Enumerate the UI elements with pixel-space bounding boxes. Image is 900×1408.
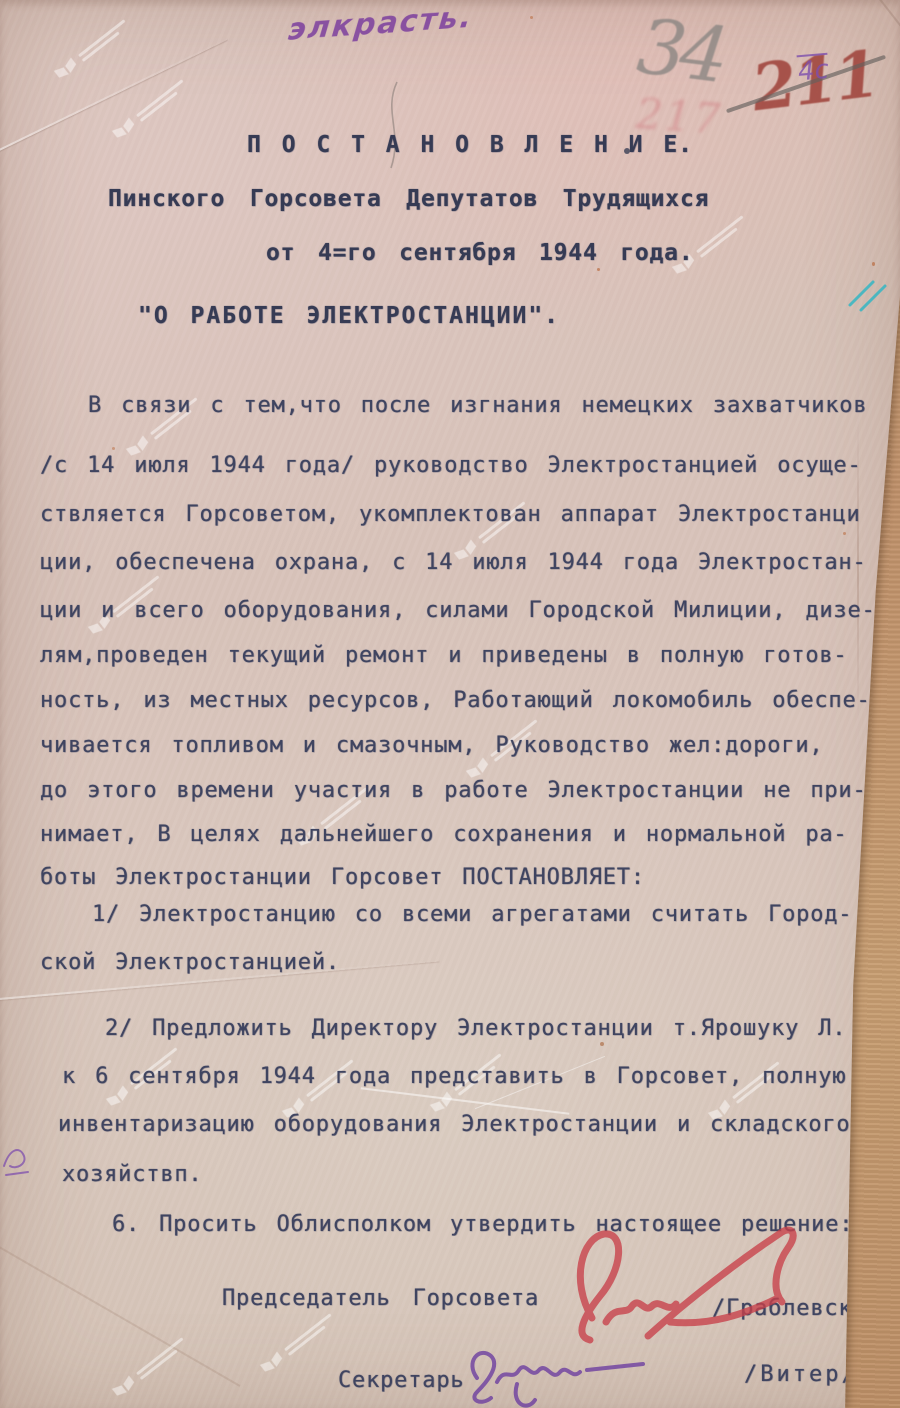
secretary-name: /Витер/ xyxy=(744,1362,858,1387)
rust-speck xyxy=(112,447,115,450)
secretary-signature xyxy=(455,1322,670,1408)
archive-watermark xyxy=(256,1309,337,1378)
document-date: от 4=го сентября 1944 года. xyxy=(266,240,693,266)
resolution-item-2-line: хозяйствп. xyxy=(62,1162,202,1187)
document-page: элкрасть. 34 217 211 4с П О С Т А Н О В … xyxy=(0,0,900,1408)
typed-line: лям,проведен текущий ремонт и приведены … xyxy=(40,643,847,668)
book-icon xyxy=(108,113,140,143)
paper-wrap: элкрасть. 34 217 211 4с П О С Т А Н О В … xyxy=(0,0,900,1408)
rust-speck xyxy=(530,16,533,19)
crease-line xyxy=(0,1235,240,1387)
typed-line: ции, обеспечена охрана, с 14 июля 1944 г… xyxy=(40,550,867,575)
typed-line: нимает, В целях дальнейшего сохранения и… xyxy=(40,822,847,847)
subject-line: "О РАБОТЕ ЭЛЕКТРОСТАНЦИИ". xyxy=(138,303,560,329)
archive-watermark xyxy=(108,75,189,144)
resolution-item-1-line: 1/ Электростанцию со всеми агрегатами сч… xyxy=(92,902,852,927)
page-number-pencil: 34 xyxy=(633,1,728,100)
handwritten-note: элкрасть. xyxy=(286,0,475,48)
rust-speck xyxy=(597,268,600,271)
rust-speck xyxy=(600,1042,604,1046)
typed-line: ность, из местных ресурсов, Работающий л… xyxy=(40,688,871,713)
purple-margin-scribble xyxy=(0,1138,36,1180)
archive-watermark xyxy=(108,1333,189,1402)
archive-watermark xyxy=(50,15,131,84)
book-icon xyxy=(108,1371,140,1401)
typed-line: /с 14 июля 1944 года/ руководство Электр… xyxy=(40,453,862,478)
resolution-item-2-line: 2/ Предложить Директору Электростанции т… xyxy=(105,1016,846,1041)
chairman-title: Председатель Горсовета xyxy=(222,1286,539,1311)
document-title: П О С Т А Н О В Л Е Н И Е. xyxy=(247,132,693,158)
document-issuer: Пинского Горсовета Депутатов Трудящихся xyxy=(108,186,709,212)
secretary-title: Секретарь xyxy=(338,1368,464,1393)
typed-line: до этого времени участия в работе Электр… xyxy=(40,778,867,803)
book-icon xyxy=(50,53,82,83)
resolution-item-2-line: инвентаризацию оборудования Электростанц… xyxy=(58,1112,850,1137)
resolution-item-1-line: ской Электростанцией. xyxy=(40,950,340,975)
typed-line: чивается топливом и смазочным, Руководст… xyxy=(40,733,823,758)
typed-line: ции и всего оборудования, силами Городск… xyxy=(40,598,876,623)
rust-speck xyxy=(843,532,846,535)
pencil-scratch xyxy=(375,78,425,173)
typed-line: ствляется Горсоветом, укомплектован аппа… xyxy=(40,502,861,527)
cyan-check-mark xyxy=(845,270,895,315)
book-icon xyxy=(256,1347,288,1377)
rust-speck xyxy=(872,262,875,266)
typed-line: боты Электростанции Горсовет ПОСТАНОВЛЯЕ… xyxy=(40,865,645,890)
watermark-text-lines xyxy=(76,17,131,65)
archive-scan: элкрасть. 34 217 211 4с П О С Т А Н О В … xyxy=(0,0,900,1408)
resolution-item-2-line: к 6 сентября 1944 года представить в Гор… xyxy=(62,1064,846,1089)
typed-line: В связи с тем,что после изгнания немецки… xyxy=(88,393,867,418)
small-purple-number: 4с xyxy=(797,55,830,88)
